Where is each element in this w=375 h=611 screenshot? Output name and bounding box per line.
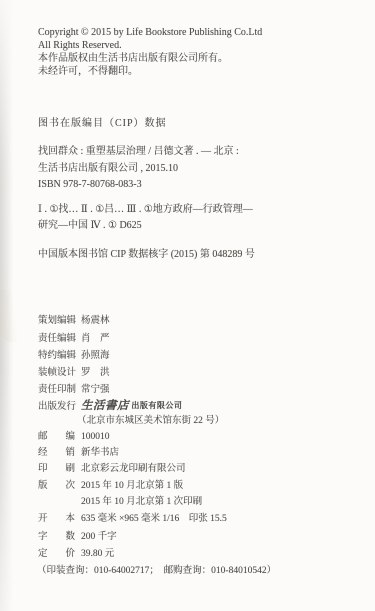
imprint-row-wordcount: 字数200 千字 bbox=[38, 528, 117, 542]
copyright-line-english: Copyright © 2015 by Life Bookstore Publi… bbox=[38, 26, 262, 39]
imprint-label: 开本 bbox=[38, 510, 81, 524]
cip-record-number: 中国版本图书馆 CIP 数据核字 (2015) 第 048289 号 bbox=[38, 245, 255, 260]
copyright-line-chinese: 本作品版权由生活书店出版有限公司所有。 bbox=[38, 52, 262, 65]
staff-name: 孙照海 bbox=[81, 347, 110, 361]
life-bookstore-logotype: 生活書店 bbox=[81, 400, 129, 412]
cip-header: 图书在版编目（CIP）数据 bbox=[38, 114, 167, 129]
staff-row-contributing-editor: 特约编辑孙照海 bbox=[38, 347, 110, 361]
book-copyright-page: Copyright © 2015 by Life Bookstore Publi… bbox=[0, 0, 375, 611]
publisher-date-line: 生活书店出版有限公司 , 2015.10 bbox=[38, 161, 239, 178]
staff-row-print-supervisor: 责任印制常宁强 bbox=[38, 381, 110, 395]
staff-label: 策划编辑 bbox=[38, 312, 81, 326]
staff-label: 责任编辑 bbox=[38, 330, 81, 344]
book-title-line: 找回群众 : 重塑基层治理 / 吕德文著 . — 北京 : bbox=[38, 144, 239, 161]
cip-description-block: 找回群众 : 重塑基层治理 / 吕德文著 . — 北京 : 生活书店出版有限公司… bbox=[38, 144, 239, 194]
imprint-value: 北京彩云龙印刷有限公司 bbox=[81, 460, 186, 474]
imprint-row-printing: 2015 年 10 月北京第 1 次印刷 bbox=[81, 493, 202, 507]
page-corner-fold bbox=[0, 284, 38, 347]
publisher-company-suffix: 出版有限公司 bbox=[131, 401, 182, 410]
imprint-row-format: 开本635 毫米 ×965 毫米 1/16 印张 15.5 bbox=[38, 510, 227, 524]
staff-label: 特约编辑 bbox=[38, 347, 81, 361]
imprint-label: 版次 bbox=[38, 477, 81, 491]
imprint-row-price: 定价39.80 元 bbox=[38, 545, 114, 559]
classification-line-2: 研究—中国 Ⅳ . ① D625 bbox=[38, 218, 253, 234]
imprint-label: 印刷 bbox=[38, 460, 81, 474]
publisher-label: 出版发行 bbox=[38, 398, 81, 412]
cip-classification-block: Ⅰ . ①找… Ⅱ . ①吕… Ⅲ . ①地方政府—行政管理— 研究—中国 Ⅳ … bbox=[38, 202, 253, 233]
imprint-value: 新华书店 bbox=[81, 444, 119, 458]
staff-name: 罗 洪 bbox=[81, 364, 110, 378]
staff-row-responsible-editor: 责任编辑肖 严 bbox=[38, 330, 110, 344]
staff-name: 肖 严 bbox=[81, 330, 110, 344]
imprint-label: 字数 bbox=[38, 528, 81, 542]
staff-name: 杨震林 bbox=[81, 312, 110, 326]
isbn-line: ISBN 978-7-80768-083-3 bbox=[38, 177, 239, 194]
inquiry-phone-line: （印装查询：010-64002717； 邮购查询：010-84010542） bbox=[37, 562, 276, 576]
imprint-row-distributor: 经销新华书店 bbox=[38, 444, 119, 458]
publisher-row: 出版发行生活書店 出版有限公司 bbox=[38, 397, 182, 413]
no-reprint-line: 未经许可，不得翻印。 bbox=[38, 65, 262, 78]
imprint-row-postcode: 邮编100010 bbox=[38, 428, 110, 442]
imprint-value: 39.80 元 bbox=[81, 545, 114, 559]
imprint-value: 100010 bbox=[81, 432, 110, 442]
copyright-block: Copyright © 2015 by Life Bookstore Publi… bbox=[38, 26, 262, 78]
imprint-value: 635 毫米 ×965 毫米 1/16 印张 15.5 bbox=[81, 510, 227, 524]
imprint-label: 经销 bbox=[38, 444, 81, 458]
classification-line-1: Ⅰ . ①找… Ⅱ . ①吕… Ⅲ . ①地方政府—行政管理— bbox=[38, 202, 253, 218]
imprint-label: 定价 bbox=[38, 545, 81, 559]
imprint-row-edition: 版次2015 年 10 月北京第 1 版 bbox=[38, 477, 183, 491]
staff-label: 装帧设计 bbox=[38, 364, 81, 378]
page-left-edge-shadow bbox=[0, 0, 15, 611]
staff-row-planning-editor: 策划编辑杨震林 bbox=[38, 312, 110, 326]
staff-row-designer: 装帧设计罗 洪 bbox=[38, 364, 110, 378]
rights-reserved-line: All Rights Reserved. bbox=[38, 39, 262, 52]
imprint-value: 2015 年 10 月北京第 1 版 bbox=[81, 477, 183, 491]
imprint-row-printer: 印刷北京彩云龙印刷有限公司 bbox=[38, 460, 186, 474]
publisher-address: （北京市东城区美术馆东街 22 号） bbox=[77, 412, 224, 426]
staff-name: 常宁强 bbox=[81, 381, 110, 395]
imprint-value: 200 千字 bbox=[81, 528, 117, 542]
staff-label: 责任印制 bbox=[38, 381, 81, 395]
imprint-label: 邮编 bbox=[38, 428, 81, 442]
